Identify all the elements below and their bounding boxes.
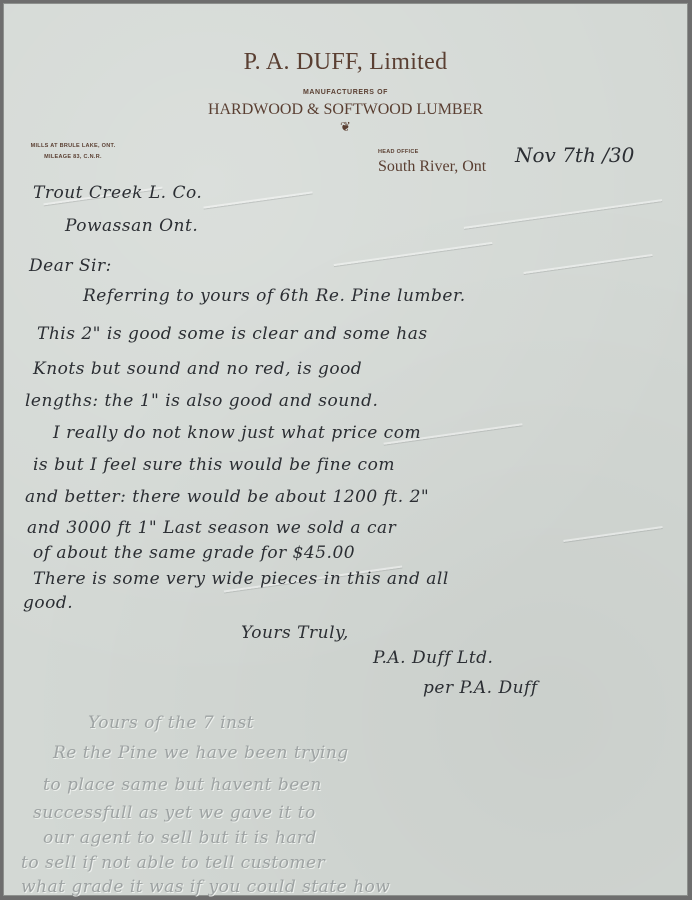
- mills-location: MILLS AT BRULE LAKE, ONT.: [13, 141, 133, 152]
- body-line: lengths: the 1" is also good and sound.: [25, 391, 378, 411]
- mills-info: MILLS AT BRULE LAKE, ONT. MILEAGE 83, C.…: [13, 141, 133, 163]
- reply-note-line: Yours of the 7 inst: [88, 713, 254, 733]
- emboss-trace: [523, 254, 652, 274]
- letter-paper: P. A. DUFF, Limited MANUFACTURERS OF HAR…: [3, 3, 688, 896]
- reply-note-line: to place same but havent been: [43, 775, 322, 795]
- body-line: There is some very wide pieces in this a…: [33, 569, 449, 589]
- reply-note-line: our agent to sell but it is hard: [43, 828, 317, 848]
- emboss-trace: [203, 191, 312, 208]
- recipient-address: Powassan Ont.: [65, 216, 198, 236]
- closing: Yours Truly,: [241, 623, 349, 643]
- body-line: of about the same grade for $45.00: [33, 543, 355, 563]
- head-office-city: South River, Ont: [378, 158, 486, 176]
- reply-note-line: Re the Pine we have been trying: [53, 743, 349, 763]
- emboss-trace: [334, 242, 493, 266]
- mills-mileage: MILEAGE 83, C.N.R.: [13, 152, 133, 163]
- body-line: is but I feel sure this would be fine co…: [33, 455, 395, 475]
- body-line: good.: [23, 593, 73, 613]
- body-line: Referring to yours of 6th Re. Pine lumbe…: [83, 286, 466, 306]
- head-office-label: HEAD OFFICE: [378, 149, 419, 155]
- signature-person: per P.A. Duff: [423, 678, 538, 698]
- ornament-icon: ❦: [3, 120, 688, 135]
- body-line: and better: there would be about 1200 ft…: [25, 487, 429, 507]
- body-line: This 2" is good some is clear and some h…: [37, 324, 428, 344]
- recipient-name: Trout Creek L. Co.: [33, 183, 202, 203]
- reply-note-line: to sell if not able to tell customer: [21, 853, 325, 873]
- reply-note-line: what grade it was if you could state how: [21, 877, 390, 897]
- company-name: P. A. DUFF, Limited: [3, 49, 688, 76]
- manufacturers-of-label: MANUFACTURERS OF: [3, 89, 688, 96]
- letter-date: Nov 7th /30: [515, 143, 634, 167]
- products-heading: HARDWOOD & SOFTWOOD LUMBER: [3, 101, 688, 119]
- emboss-trace: [464, 199, 662, 229]
- reply-note-line: successfull as yet we gave it to: [33, 803, 316, 823]
- emboss-trace: [563, 526, 662, 542]
- salutation: Dear Sir:: [29, 256, 112, 276]
- body-line: Knots but sound and no red, is good: [33, 359, 362, 379]
- body-line: and 3000 ft 1" Last season we sold a car: [27, 518, 396, 538]
- body-line: I really do not know just what price com: [53, 423, 421, 443]
- signature-company: P.A. Duff Ltd.: [373, 648, 493, 668]
